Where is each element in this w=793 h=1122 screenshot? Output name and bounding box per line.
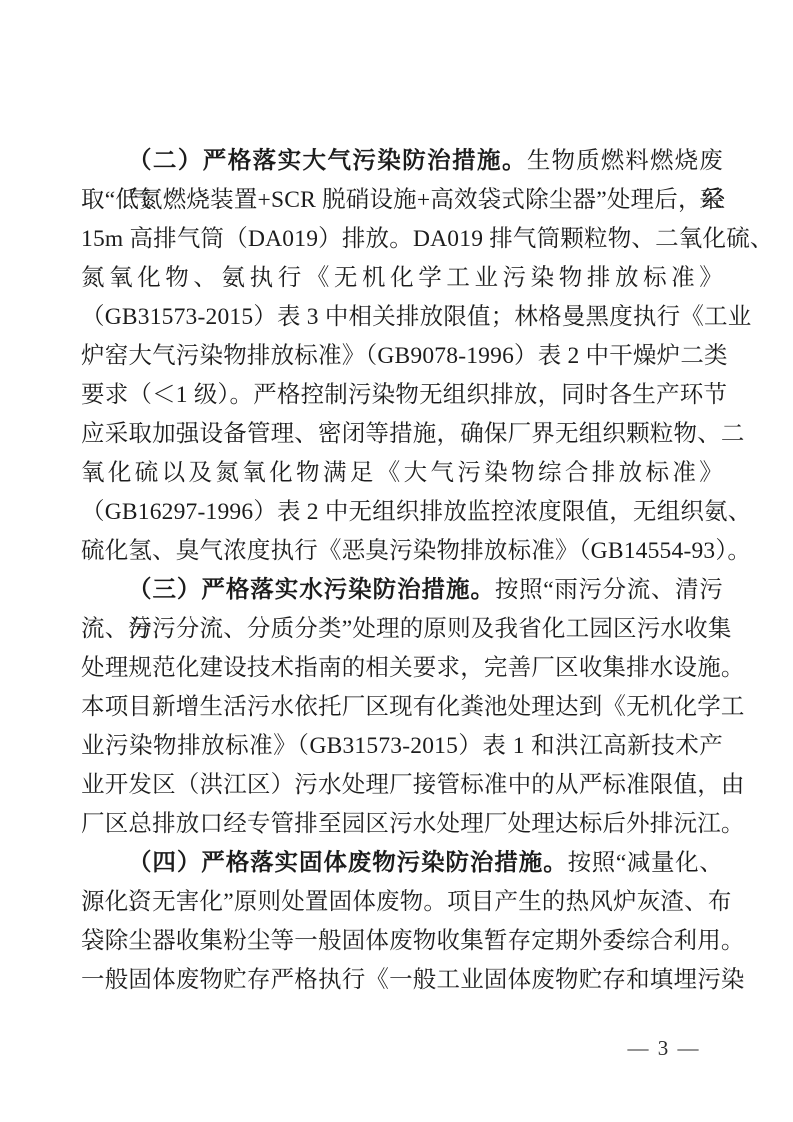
text-line: 本项目新增生活污水依托厂区现有化粪池处理达到《无机化学工 [81, 688, 723, 727]
text-line: 一般固体废物贮存严格执行《一般工业固体废物贮存和填埋污染 [81, 961, 723, 1000]
text-line: 应采取加强设备管理、密闭等措施，确保厂界无组织颗粒物、二 [81, 415, 723, 454]
paragraph-lead-line: （三）严格落实水污染防治措施。按照“雨污分流、清污分 [81, 571, 723, 610]
text-line: 处理规范化建设技术指南的相关要求，完善厂区收集排水设施。 [81, 649, 723, 688]
text-line: 要求（＜1 级）。严格控制污染物无组织排放，同时各生产环节 [81, 376, 723, 415]
paragraph-water-pollution: （三）严格落实水污染防治措施。按照“雨污分流、清污分 流、污污分流、分质分类”处… [81, 571, 723, 844]
page-number: — 3 — [598, 1033, 730, 1063]
text-line: 源化、无害化”原则处置固体废物。项目产生的热风炉灰渣、布 [81, 883, 723, 922]
paragraph-lead-line: （四）严格落实固体废物污染防治措施。按照“减量化、资 [81, 844, 723, 883]
paragraph-lines: 流、污污分流、分质分类”处理的原则及我省化工园区污水收集处理规范化建设技术指南的… [81, 610, 723, 844]
text-line: 业污染物排放标准》（GB31573-2015）表 1 和洪江高新技术产 [81, 727, 723, 766]
text-line: 硫化氢、臭气浓度执行《恶臭污染物排放标准》（GB14554-93）。 [81, 532, 723, 571]
text-line: 取“低氮燃烧装置+SCR 脱硝设施+高效袋式除尘器”处理后，经 [81, 181, 723, 220]
text-line: （GB31573-2015）表 3 中相关排放限值；林格曼黑度执行《工业 [81, 298, 723, 337]
text-line: 炉窑大气污染物排放标准》（GB9078-1996）表 2 中干燥炉二类 [81, 337, 723, 376]
section-heading: （三）严格落实水污染防治措施。 [128, 577, 495, 603]
text-line: （GB16297-1996）表 2 中无组织排放监控浓度限值，无组织氨、 [81, 493, 723, 532]
document-body: （二）严格落实大气污染防治措施。生物质燃料燃烧废气采 取“低氮燃烧装置+SCR … [81, 142, 723, 1000]
paragraph-lines: 取“低氮燃烧装置+SCR 脱硝设施+高效袋式除尘器”处理后，经15m 高排气筒（… [81, 181, 723, 571]
paragraph-air-pollution: （二）严格落实大气污染防治措施。生物质燃料燃烧废气采 取“低氮燃烧装置+SCR … [81, 142, 723, 571]
paragraph-solid-waste: （四）严格落实固体废物污染防治措施。按照“减量化、资 源化、无害化”原则处置固体… [81, 844, 723, 1000]
text-line: 氮氧化物、氨执行《无机化学工业污染物排放标准》 [81, 259, 723, 298]
paragraph-lines: 源化、无害化”原则处置固体废物。项目产生的热风炉灰渣、布袋除尘器收集粉尘等一般固… [81, 883, 723, 1000]
text-line: 15m 高排气筒（DA019）排放。DA019 排气筒颗粒物、二氧化硫、 [81, 220, 723, 259]
section-heading: （二）严格落实大气污染防治措施。 [128, 148, 527, 174]
text-line: 袋除尘器收集粉尘等一般固体废物收集暂存定期外委综合利用。 [81, 922, 723, 961]
text-line: 厂区总排放口经专管排至园区污水处理厂处理达标后外排沅江。 [81, 805, 723, 844]
paragraph-lead-line: （二）严格落实大气污染防治措施。生物质燃料燃烧废气采 [81, 142, 723, 181]
text-line: 氧化硫以及氮氧化物满足《大气污染物综合排放标准》 [81, 454, 723, 493]
section-heading: （四）严格落实固体废物污染防治措施。 [128, 850, 568, 876]
text-line: 流、污污分流、分质分类”处理的原则及我省化工园区污水收集 [81, 610, 723, 649]
document-page: （二）严格落实大气污染防治措施。生物质燃料燃烧废气采 取“低氮燃烧装置+SCR … [0, 0, 793, 1122]
text-line: 业开发区（洪江区）污水处理厂接管标准中的从严标准限值，由 [81, 766, 723, 805]
